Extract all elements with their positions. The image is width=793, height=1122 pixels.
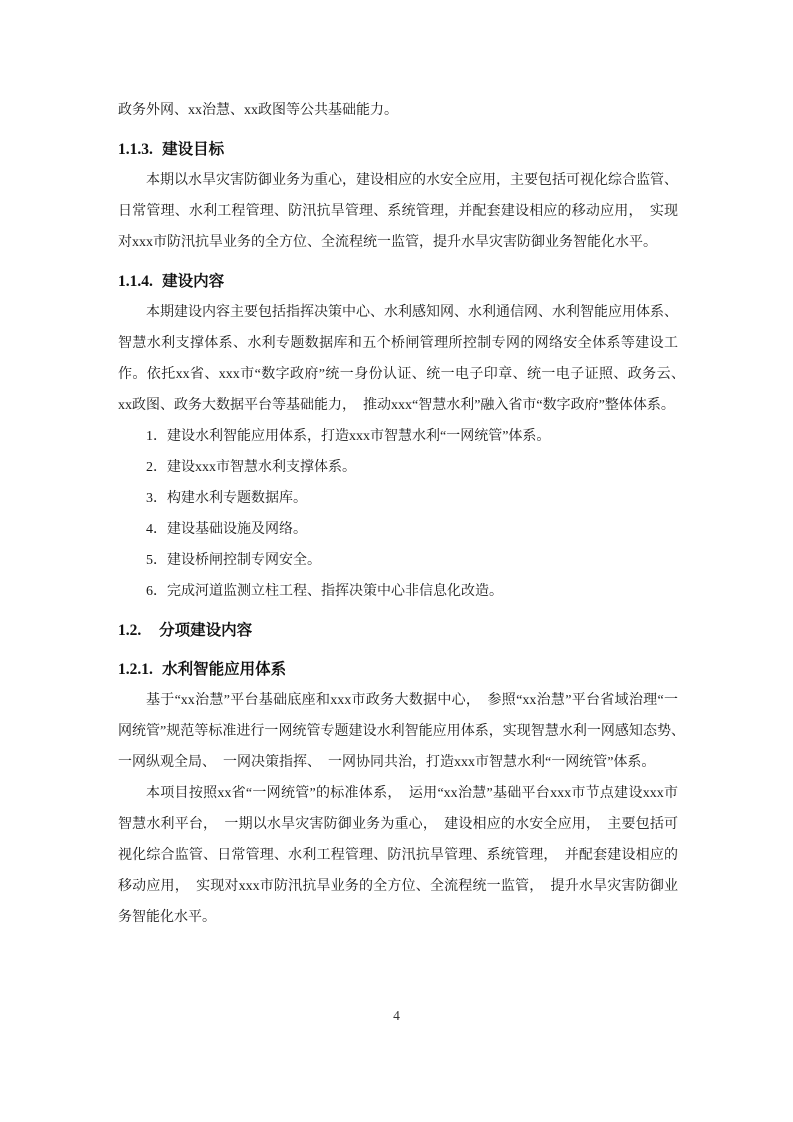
document-page: 政务外网、xx治慧、xx政图等公共基础能力。 1.1.3.建设目标 本期以水旱灾…: [0, 0, 793, 1122]
heading-title: 分项建设内容: [159, 622, 252, 639]
heading-number: 1.1.3.: [118, 141, 153, 158]
paragraph-continuation: 政务外网、xx治慧、xx政图等公共基础能力。: [118, 95, 678, 126]
heading-number: 1.2.: [118, 622, 141, 639]
heading-number: 1.2.1.: [118, 661, 153, 678]
section-heading-1-2-1: 1.2.1.水利智能应用体系: [118, 654, 678, 685]
heading-title: 水利智能应用体系: [162, 661, 286, 678]
section-heading-1-1-3: 1.1.3.建设目标: [118, 134, 678, 165]
numbered-list-item: 2．建设xxx市智慧水利支撑体系。: [118, 452, 678, 483]
page-number: 4: [0, 1008, 793, 1024]
heading-title: 建设内容: [162, 273, 224, 290]
paragraph-app-system-basis: 基于“xx治慧”平台基础底座和xxx市政务大数据中心， 参照“xx治慧”平台省域…: [118, 685, 678, 778]
section-heading-1-1-4: 1.1.4.建设内容: [118, 266, 678, 297]
paragraph-build-content-overview: 本期建设内容主要包括指挥决策中心、水利感知网、水利通信网、水利智能应用体系、智慧…: [118, 297, 678, 421]
numbered-list-item: 3．构建水利专题数据库。: [118, 483, 678, 514]
heading-number: 1.1.4.: [118, 273, 153, 290]
numbered-list-item: 4．建设基础设施及网络。: [118, 514, 678, 545]
numbered-list-item: 5．建设桥闸控制专网安全。: [118, 545, 678, 576]
paragraph-build-goal: 本期以水旱灾害防御业务为重心，建设相应的水安全应用，主要包括可视化综合监管、日常…: [118, 165, 678, 258]
document-body: 政务外网、xx治慧、xx政图等公共基础能力。 1.1.3.建设目标 本期以水旱灾…: [118, 0, 678, 933]
section-heading-1-2: 1.2.分项建设内容: [118, 615, 678, 646]
heading-title: 建设目标: [162, 141, 224, 158]
paragraph-app-system-project: 本项目按照xx省“一网统管”的标准体系， 运用“xx治慧”基础平台xxx市节点建…: [118, 778, 678, 933]
numbered-list-item: 1．建设水利智能应用体系，打造xxx市智慧水利“一网统管”体系。: [118, 421, 678, 452]
numbered-list: 1．建设水利智能应用体系，打造xxx市智慧水利“一网统管”体系。 2．建设xxx…: [118, 421, 678, 607]
numbered-list-item: 6．完成河道监测立柱工程、指挥决策中心非信息化改造。: [118, 576, 678, 607]
